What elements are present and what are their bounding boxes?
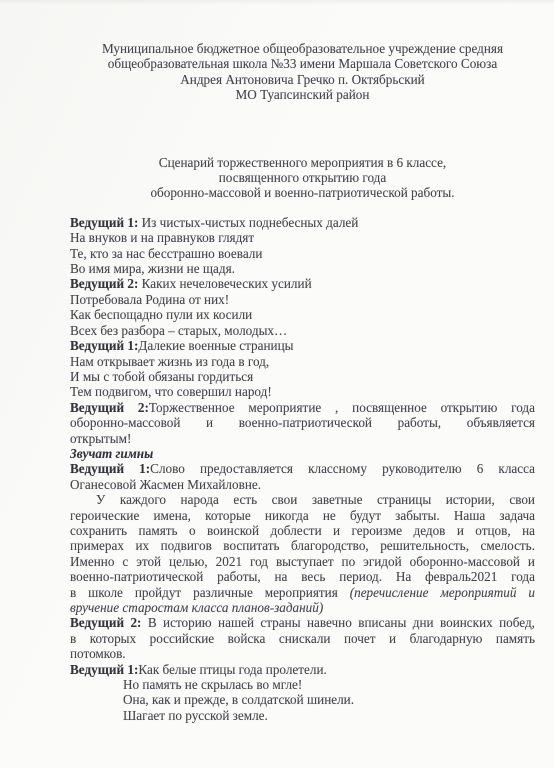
title-line: Сценарий торжественного мероприятия в 6 … bbox=[70, 155, 535, 170]
body-line: Ведущий 1:Слово предоставляется классном… bbox=[70, 461, 535, 476]
line-text: Те, кто за нас бесстрашно воевали bbox=[70, 246, 262, 261]
line-text: В историю нашей страны навечно вписаны д… bbox=[141, 615, 535, 630]
poem-line: Шагает по русской земле. bbox=[70, 708, 535, 723]
line-text: У каждого народа есть свои заветные стра… bbox=[96, 492, 535, 507]
body-line: потомков. bbox=[70, 646, 535, 661]
body-line: Ведущий 1:Как белые птицы года пролетели… bbox=[70, 662, 535, 677]
paragraph-line: героические имена, которые никогда не бу… bbox=[70, 508, 535, 523]
poem-line: Всех без разбора – старых, молодых… bbox=[70, 323, 535, 338]
paragraph-line: примерах их подвигов воспитать благородс… bbox=[70, 538, 535, 553]
poem-line: Те, кто за нас бесстрашно воевали bbox=[70, 246, 535, 261]
line-text: Она, как и прежде, в солдатской шинели. bbox=[123, 692, 354, 707]
poem-line: Во имя мира, жизни не щадя. bbox=[70, 261, 535, 276]
stage-direction: (перечисление мероприятий и bbox=[350, 585, 535, 600]
speaker-label: Ведущий 2: bbox=[70, 276, 138, 291]
line-text: Слово предоставляется классному руководи… bbox=[150, 461, 535, 476]
line-text: примерах их подвигов воспитать благородс… bbox=[70, 538, 535, 553]
line-text: На внуков и на правнуков глядят bbox=[70, 230, 254, 245]
body-line: в которых российские войска снискали поч… bbox=[70, 631, 535, 646]
line-text: Именно с этой целью, 2021 год выступает … bbox=[70, 554, 535, 569]
speaker-label: Ведущий 1: bbox=[70, 662, 138, 677]
line-text: Потребовала Родина от них! bbox=[70, 292, 229, 307]
line-text: в школе пройдут различные мероприятия bbox=[70, 585, 350, 600]
line-text: оборонно-массовой и военно-патриотическо… bbox=[70, 415, 535, 430]
line-text: в которых российские войска снискали поч… bbox=[70, 631, 535, 646]
line-text: Торжественное мероприятие , посвященное … bbox=[149, 400, 535, 415]
line-text: Тем подвигом, что совершил народ! bbox=[70, 384, 272, 399]
body-line: оборонно-массовой и военно-патриотическо… bbox=[70, 415, 535, 430]
line-text: потомков. bbox=[70, 646, 126, 661]
line-text: Далекие военные страницы bbox=[138, 338, 293, 353]
title-line: оборонно-массовой и военно-патриотическо… bbox=[70, 185, 535, 200]
line-text: Шагает по русской земле. bbox=[123, 708, 268, 723]
title-line: посвященного открытию года bbox=[70, 170, 535, 185]
poem-line: Потребовала Родина от них! bbox=[70, 292, 535, 307]
line-text: Каких нечеловеческих усилий bbox=[138, 276, 311, 291]
header-line: Андрея Антоновича Гречко п. Октябрьский bbox=[70, 72, 535, 87]
poem-line: Она, как и прежде, в солдатской шинели. bbox=[70, 692, 535, 707]
header-line: Муниципальное бюджетное общеобразователь… bbox=[70, 41, 535, 56]
body-line: Оганесовой Жасмен Михайловне. bbox=[70, 477, 535, 492]
line-text: Оганесовой Жасмен Михайловне. bbox=[70, 477, 261, 492]
body-line: Ведущий 1:Далекие военные страницы bbox=[70, 338, 535, 353]
speaker-label: Ведущий 1: bbox=[70, 338, 138, 353]
body-line: Ведущий 2: Каких нечеловеческих усилий bbox=[70, 276, 535, 291]
stage-direction-line: вручение старостам класса планов-заданий… bbox=[70, 600, 535, 615]
line-text: героические имена, которые никогда не бу… bbox=[70, 508, 535, 523]
speaker-label: Ведущий 1: bbox=[70, 215, 138, 230]
header-line: общеобразовательная школа №33 имени Марш… bbox=[70, 56, 535, 71]
body-line: Ведущий 1: Из чистых-чистых поднебесных … bbox=[70, 215, 535, 230]
document-title: Сценарий торжественного мероприятия в 6 … bbox=[70, 155, 535, 201]
paragraph-line: сохранить память о воинской доблести и г… bbox=[70, 523, 535, 538]
line-text: Но память не скрылась во мгле! bbox=[123, 677, 302, 692]
speaker-label: Ведущий 2: bbox=[70, 400, 149, 415]
line-text: военно-патриотической работы, на весь пе… bbox=[70, 569, 535, 584]
poem-line: И мы с тобой обязаны гордиться bbox=[70, 369, 535, 384]
paragraph-line: Именно с этой целью, 2021 год выступает … bbox=[70, 554, 535, 569]
document-content: Муниципальное бюджетное общеобразователь… bbox=[70, 41, 535, 723]
stage-direction: Звучат гимны bbox=[70, 446, 153, 461]
body-line: Ведущий 2:Торжественное мероприятие , по… bbox=[70, 400, 535, 415]
poem-line: Как беспощадно пули их косили bbox=[70, 307, 535, 322]
scanned-document-page: { "document": { "header_lines": [ "Муниц… bbox=[0, 0, 554, 768]
poem-line: На внуков и на правнуков глядят bbox=[70, 230, 535, 245]
line-text: Нам открывает жизнь из года в год, bbox=[70, 354, 269, 369]
paragraph-line: У каждого народа есть свои заветные стра… bbox=[70, 492, 535, 507]
paragraph-line: в школе пройдут различные мероприятия (п… bbox=[70, 585, 535, 600]
stage-direction: вручение старостам класса планов-заданий… bbox=[70, 600, 323, 615]
line-text: Как беспощадно пули их косили bbox=[70, 307, 252, 322]
script-body: Ведущий 1: Из чистых-чистых поднебесных … bbox=[70, 215, 535, 723]
paragraph-line: военно-патриотической работы, на весь пе… bbox=[70, 569, 535, 584]
poem-line: Нам открывает жизнь из года в год, bbox=[70, 354, 535, 369]
line-text: открытым! bbox=[70, 431, 131, 446]
organization-header: Муниципальное бюджетное общеобразователь… bbox=[70, 41, 535, 103]
poem-line: Тем подвигом, что совершил народ! bbox=[70, 384, 535, 399]
line-text: Во имя мира, жизни не щадя. bbox=[70, 261, 235, 276]
line-text: И мы с тобой обязаны гордиться bbox=[70, 369, 253, 384]
line-text: Из чистых-чистых поднебесных далей bbox=[138, 215, 358, 230]
line-text: сохранить память о воинской доблести и г… bbox=[70, 523, 535, 538]
line-text: Как белые птицы года пролетели. bbox=[138, 662, 326, 677]
body-line: Ведущий 2: В историю нашей страны навечн… bbox=[70, 615, 535, 630]
line-text: Всех без разбора – старых, молодых… bbox=[70, 323, 287, 338]
stage-direction-line: Звучат гимны bbox=[70, 446, 535, 461]
body-line: открытым! bbox=[70, 431, 535, 446]
poem-line: Но память не скрылась во мгле! bbox=[70, 677, 535, 692]
header-line: МО Туапсинский район bbox=[70, 87, 535, 102]
speaker-label: Ведущий 1: bbox=[70, 461, 150, 476]
speaker-label: Ведущий 2: bbox=[70, 615, 141, 630]
